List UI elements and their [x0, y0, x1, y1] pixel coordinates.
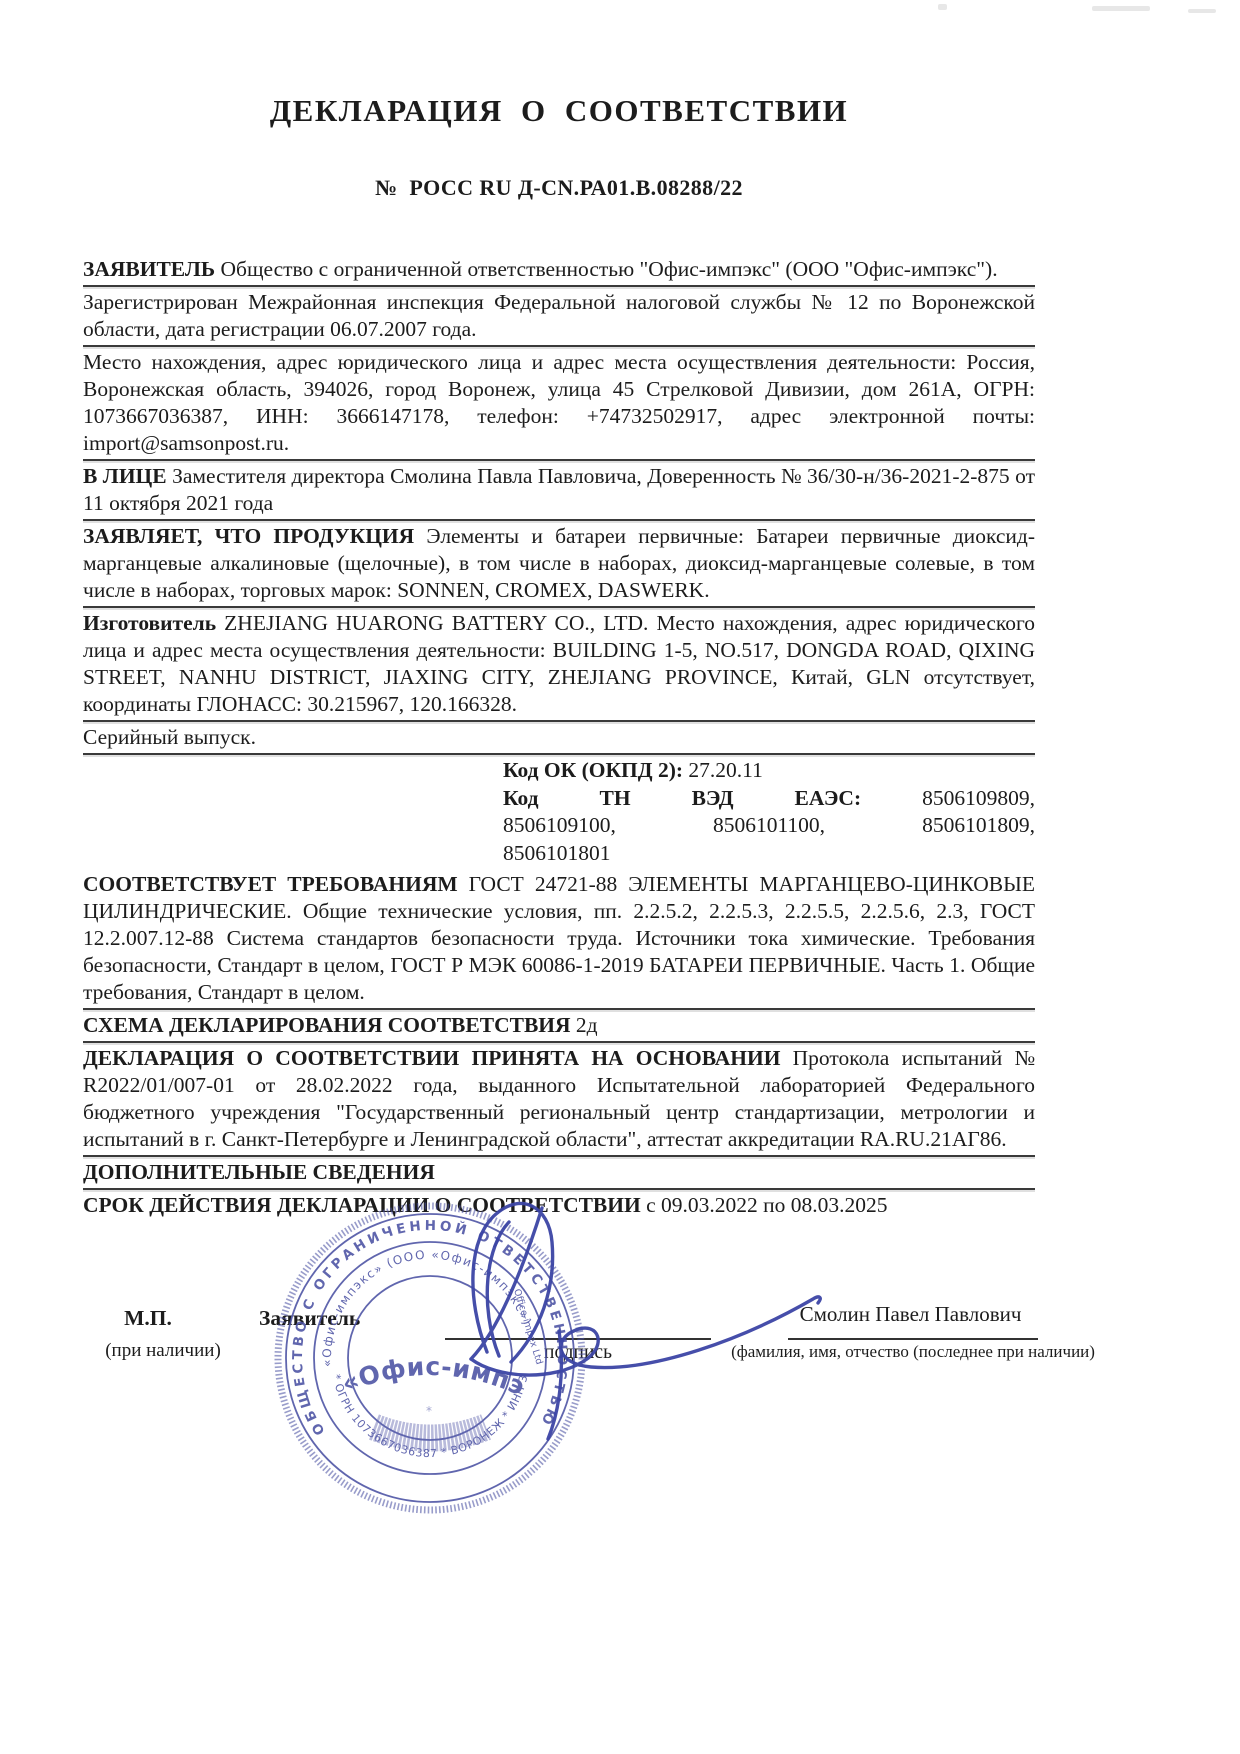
section-conforms: СООТВЕТСТВУЕТ ТРЕБОВАНИЯМ ГОСТ 24721-88 …: [83, 869, 1035, 1010]
okpd-code-line: Код ОК (ОКПД 2): 27.20.11: [503, 757, 1035, 785]
registration-text: Зарегистрирован Межрайонная инспекция Фе…: [83, 290, 1035, 341]
manufacturer-text: ZHEJIANG HUARONG BATTERY CO., LTD. Место…: [83, 611, 1035, 716]
section-product: ЗАЯВЛЯЕТ, ЧТО ПРОДУКЦИЯ Элементы и батар…: [83, 521, 1035, 608]
tnved-value-1: 8506109809,: [922, 786, 1035, 810]
section-additional-info: ДОПОЛНИТЕЛЬНЫЕ СВЕДЕНИЯ: [83, 1157, 1035, 1190]
address-text: Место нахождения, адрес юридического лиц…: [83, 350, 1035, 455]
section-basis: ДЕКЛАРАЦИЯ О СООТВЕТСТВИИ ПРИНЯТА НА ОСН…: [83, 1043, 1035, 1157]
okpd-label: Код ОК (ОКПД 2):: [503, 758, 683, 782]
section-validity: СРОК ДЕЙСТВИЯ ДЕКЛАРАЦИИ О СООТВЕТСТВИИ …: [83, 1190, 1035, 1221]
signature-caption: подпись: [445, 1342, 711, 1364]
signature-block: М.П. (при наличии) Заявитель подпись Смо…: [83, 1300, 1035, 1430]
name-caption: (фамилия, имя, отчество (последнее при н…: [723, 1342, 1103, 1362]
scheme-label: СХЕМА ДЕКЛАРИРОВАНИЯ СООТВЕТСТВИЯ: [83, 1013, 571, 1037]
manufacturer-label: Изготовитель: [83, 611, 216, 635]
page-title: ДЕКЛАРАЦИЯ О СООТВЕТСТВИИ: [83, 94, 1035, 128]
applicant-signature-label: Заявитель: [259, 1306, 360, 1331]
section-applicant: ЗАЯВИТЕЛЬ Общество с ограниченной ответс…: [83, 254, 1035, 287]
scan-artifact: [1092, 6, 1150, 11]
declaration-of-conformity-page: ДЕКЛАРАЦИЯ О СООТВЕТСТВИИ № РОСС RU Д-CN…: [0, 0, 1240, 1754]
additional-info-label: ДОПОЛНИТЕЛЬНЫЕ СВЕДЕНИЯ: [83, 1160, 435, 1184]
signature-line: [445, 1338, 711, 1340]
product-label: ЗАЯВЛЯЕТ, ЧТО ПРОДУКЦИЯ: [83, 524, 414, 548]
basis-label: ДЕКЛАРАЦИЯ О СООТВЕТСТВИИ ПРИНЯТА НА ОСН…: [83, 1046, 780, 1070]
in-person-text: Заместителя директора Смолина Павла Павл…: [83, 464, 1035, 515]
stamp-place-label: М.П.: [93, 1306, 203, 1331]
codes-block: Код ОК (ОКПД 2): 27.20.11 Код ТН ВЭД ЕАЭ…: [503, 757, 1035, 867]
tnved-label: Код ТН ВЭД ЕАЭС:: [503, 786, 861, 810]
signatory-name: Смолин Павел Павлович: [783, 1302, 1038, 1327]
serial-text: Серийный выпуск.: [83, 725, 256, 749]
section-scheme: СХЕМА ДЕКЛАРИРОВАНИЯ СООТВЕТСТВИЯ 2д: [83, 1010, 1035, 1043]
scan-artifact: [1188, 9, 1216, 13]
tnved-code-line-3: 8506101801: [503, 840, 1035, 868]
document-body: ДЕКЛАРАЦИЯ О СООТВЕТСТВИИ № РОСС RU Д-CN…: [83, 94, 1035, 1221]
name-line: [788, 1338, 1038, 1340]
scan-artifact: [938, 4, 947, 10]
section-address: Место нахождения, адрес юридического лиц…: [83, 347, 1035, 461]
declaration-number: № РОСС RU Д-CN.РА01.В.08288/22: [83, 174, 1035, 202]
okpd-value: 27.20.11: [688, 758, 762, 782]
section-serial: Серийный выпуск.: [83, 722, 1035, 755]
applicant-label: ЗАЯВИТЕЛЬ: [83, 257, 215, 281]
validity-dates: с 09.03.2022 по 08.03.2025: [646, 1193, 887, 1217]
scheme-value: 2д: [576, 1013, 598, 1037]
conforms-label: СООТВЕТСТВУЕТ ТРЕБОВАНИЯМ: [83, 872, 458, 896]
tnved-code-line-2: 8506109100, 8506101100, 8506101809,: [503, 812, 1035, 840]
in-person-label: В ЛИЦЕ: [83, 464, 167, 488]
section-registration: Зарегистрирован Межрайонная инспекция Фе…: [83, 287, 1035, 347]
section-in-person: В ЛИЦЕ Заместителя директора Смолина Пав…: [83, 461, 1035, 521]
section-manufacturer: Изготовитель ZHEJIANG HUARONG BATTERY CO…: [83, 608, 1035, 722]
applicant-text: Общество с ограниченной ответственностью…: [220, 257, 997, 281]
stamp-place-note: (при наличии): [83, 1340, 243, 1362]
tnved-code-line-1: Код ТН ВЭД ЕАЭС: 8506109809,: [503, 785, 1035, 813]
validity-label: СРОК ДЕЙСТВИЯ ДЕКЛАРАЦИИ О СООТВЕТСТВИИ: [83, 1193, 641, 1217]
